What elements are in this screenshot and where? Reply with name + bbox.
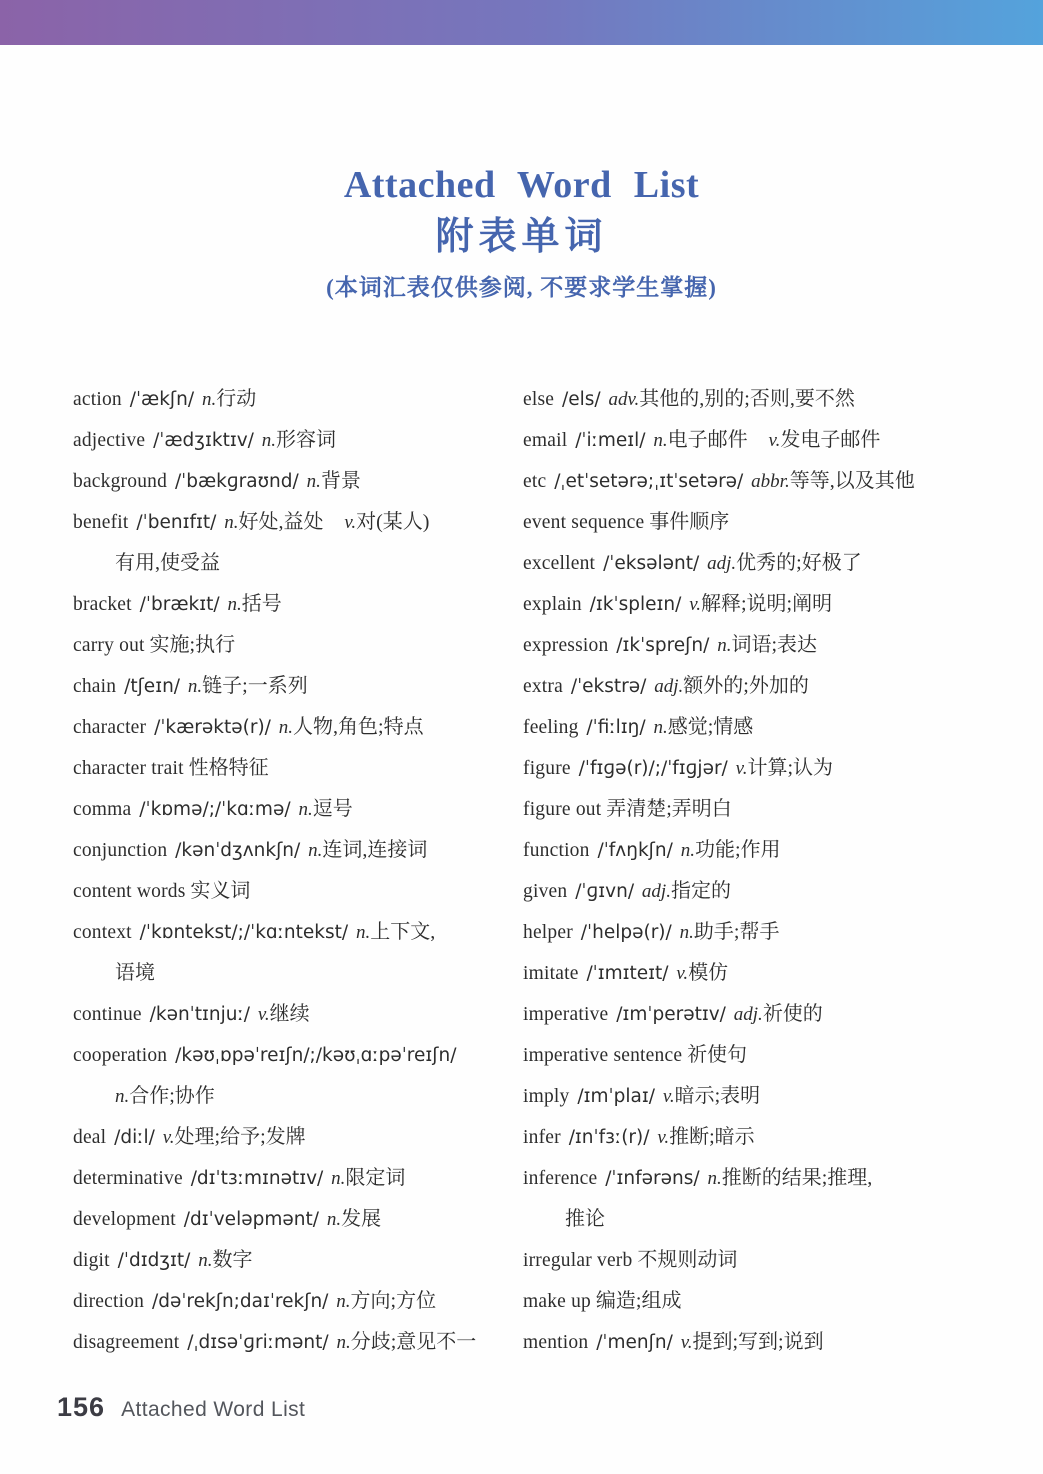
entry-sense: 性格特征	[189, 758, 269, 779]
entry-sense: n.连词,连接词	[308, 840, 427, 861]
footer-section-title: Attached Word List	[121, 1398, 305, 1422]
entry-phonetic: /ˈhelpə(r)/	[581, 922, 672, 943]
entry-phonetic: /ˈbrækɪt/	[140, 594, 220, 615]
definition-text: 祈使的	[763, 1003, 823, 1025]
entry-sense: adj.额外的;外加的	[654, 676, 809, 697]
word-entry: chain /tʃeɪn/ n.链子;一系列	[73, 666, 513, 707]
entry-sense: n.电子邮件	[653, 430, 747, 451]
word-entry: action /ˈækʃn/ n.行动	[73, 379, 513, 420]
part-of-speech-label: n.	[227, 594, 241, 615]
part-of-speech-label: n.	[653, 430, 667, 451]
entry-sense: v.暗示;表明	[663, 1086, 760, 1107]
definition-text: 继续	[270, 1003, 310, 1025]
word-list-column-right: else /els/ adv.其他的,别的;否则,要不然email /ˈiːme…	[523, 379, 1001, 1363]
word-entry: irregular verb 不规则动词	[523, 1240, 1001, 1281]
entry-phonetic: /ˈfɪɡə(r)/;/ˈfɪɡjər/	[579, 758, 728, 779]
part-of-speech-label: adj.	[734, 1004, 763, 1025]
part-of-speech-label: adj.	[707, 553, 736, 574]
definition-text: 括号	[242, 593, 282, 615]
word-entry: make up 编造;组成	[523, 1281, 1001, 1322]
entry-word: benefit	[73, 512, 129, 533]
part-of-speech-label: n.	[331, 1168, 345, 1189]
word-entry: adjective /ˈædʒɪktɪv/ n.形容词	[73, 420, 513, 461]
word-entry: extra /ˈekstrə/ adj.额外的;外加的	[523, 666, 1001, 707]
entry-word: continue	[73, 1004, 142, 1025]
entry-phonetic: /kənˈtɪnjuː/	[150, 1004, 250, 1025]
entry-word: disagreement	[73, 1332, 179, 1353]
entry-sense: n.感觉;情感	[653, 717, 753, 738]
entry-phonetic: /ˈdɪdʒɪt/	[118, 1250, 191, 1271]
word-entry: carry out 实施;执行	[73, 625, 513, 666]
definition-text: 合作;协作	[129, 1085, 215, 1107]
entry-sense: n.逗号	[298, 799, 352, 820]
definition-text: 提到;写到;说到	[692, 1331, 823, 1353]
entry-phonetic: /ˈfiːlɪŋ/	[586, 717, 645, 738]
entry-sense: 祈使句	[687, 1045, 747, 1066]
definition-text: 逗号	[313, 798, 353, 820]
part-of-speech-label: n.	[681, 840, 695, 861]
word-entry: continue /kənˈtɪnjuː/ v.继续	[73, 994, 513, 1035]
entry-phonetic: /ˈekstrə/	[571, 676, 647, 697]
entry-sense: 事件顺序	[649, 512, 729, 533]
definition-text: 实义词	[190, 880, 250, 902]
definition-text: 词语;表达	[731, 634, 817, 656]
word-list-column-left: action /ˈækʃn/ n.行动adjective /ˈædʒɪktɪv/…	[73, 379, 513, 1363]
part-of-speech-label: v.	[681, 1332, 693, 1353]
entry-sense: 弄清楚;弄明白	[606, 799, 732, 820]
entry-phonetic: /dɪˈveləpmənt/	[184, 1209, 319, 1230]
definition-text: 推断;暗示	[669, 1126, 755, 1148]
entry-phonetic: /ˈeksələnt/	[603, 553, 699, 574]
part-of-speech-label: v.	[663, 1086, 675, 1107]
header-banner-gradient	[0, 0, 1043, 45]
entry-sense: 不规则动词	[637, 1250, 737, 1271]
word-entry: imperative /ɪmˈperətɪv/ adj.祈使的	[523, 994, 1001, 1035]
part-of-speech-label: v.	[676, 963, 688, 984]
entry-word: imitate	[523, 963, 579, 984]
definition-text: 实施;执行	[150, 634, 236, 656]
page-footer: 156 Attached Word List	[57, 1392, 305, 1423]
definition-text: 其他的,别的;否则,要不然	[639, 388, 855, 410]
word-entry: imply /ɪmˈplaɪ/ v.暗示;表明	[523, 1076, 1001, 1117]
entry-word: determinative	[73, 1168, 183, 1189]
definition-text: 指定的	[671, 880, 731, 902]
entry-word: cooperation	[73, 1045, 167, 1066]
entry-sense: v.提到;写到;说到	[681, 1332, 824, 1353]
entry-word: mention	[523, 1332, 588, 1353]
entry-sense: adv.其他的,别的;否则,要不然	[609, 389, 855, 410]
entry-word: infer	[523, 1127, 561, 1148]
entry-phonetic: /kəʊˌɒpəˈreɪʃn/;/kəʊˌɑːpəˈreɪʃn/	[175, 1045, 456, 1066]
part-of-speech-label: n.	[653, 717, 667, 738]
entry-phonetic: /ˈækʃn/	[130, 389, 194, 410]
entry-word: imply	[523, 1086, 570, 1107]
definition-text: 好处,益处	[238, 511, 323, 533]
part-of-speech-label: n.	[680, 922, 694, 943]
word-entry: benefit /ˈbenɪfɪt/ n.好处,益处 v.对(某人) 有用,使受…	[73, 502, 513, 584]
page-heading: Attached Word List 附表单词 (本词汇表仅供参阅, 不要求学生…	[0, 163, 1043, 303]
entry-sense: n.行动	[202, 389, 256, 410]
part-of-speech-label: n.	[279, 717, 293, 738]
entry-phonetic: /ˈkɒmə/;/ˈkɑːmə/	[139, 799, 290, 820]
entry-word: imperative sentence	[523, 1045, 682, 1066]
definition-text: 编造;组成	[596, 1290, 682, 1312]
entry-sense: v.继续	[258, 1004, 310, 1025]
entry-sense: n.数字	[198, 1250, 252, 1271]
word-entry: expression /ɪkˈspreʃn/ n.词语;表达	[523, 625, 1001, 666]
word-entry: function /ˈfʌŋkʃn/ n.功能;作用	[523, 830, 1001, 871]
entry-sense: 编造;组成	[596, 1291, 682, 1312]
definition-text: 计算;认为	[747, 757, 833, 779]
word-entry: given /ˈɡɪvn/ adj.指定的	[523, 871, 1001, 912]
definition-text: 模仿	[688, 962, 728, 984]
word-entry: email /ˈiːmeɪl/ n.电子邮件 v.发电子邮件	[523, 420, 1001, 461]
word-entry: development /dɪˈveləpmənt/ n.发展	[73, 1199, 513, 1240]
definition-text: 弄清楚;弄明白	[606, 798, 732, 820]
entry-phonetic: /ˈɪmɪteɪt/	[586, 963, 668, 984]
part-of-speech-label: n.	[115, 1086, 129, 1107]
entry-word: irregular verb	[523, 1250, 632, 1271]
page-title-chinese: 附表单词	[0, 213, 1043, 261]
definition-text: 数字	[213, 1249, 253, 1271]
entry-sense: abbr.等等,以及其他	[751, 471, 915, 492]
entry-phonetic: /ˈkɒntekst/;/ˈkɑːntekst/	[140, 922, 348, 943]
part-of-speech-label: v.	[689, 594, 701, 615]
entry-sense: n.人物,角色;特点	[279, 717, 424, 738]
part-of-speech-label: n.	[356, 922, 370, 943]
word-entry: bracket /ˈbrækɪt/ n.括号	[73, 584, 513, 625]
entry-phonetic: /ˈɪnfərəns/	[605, 1168, 699, 1189]
part-of-speech-label: v.	[344, 512, 356, 533]
entry-phonetic: /ˈbækɡraʊnd/	[175, 471, 299, 492]
entry-phonetic: /ɪnˈfɜː(r)/	[569, 1127, 650, 1148]
entry-phonetic: /els/	[562, 389, 601, 410]
part-of-speech-label: n.	[337, 1332, 351, 1353]
definition-text: 功能;作用	[695, 839, 781, 861]
definition-text: 助手;帮手	[694, 921, 780, 943]
entry-word: expression	[523, 635, 608, 656]
part-of-speech-label: v.	[769, 430, 781, 451]
definition-text: 人物,角色;特点	[293, 716, 424, 738]
entry-phonetic: /ˈiːmeɪl/	[575, 430, 645, 451]
word-entry: imperative sentence 祈使句	[523, 1035, 1001, 1076]
part-of-speech-label: n.	[224, 512, 238, 533]
entry-phonetic: /diːl/	[114, 1127, 155, 1148]
part-of-speech-label: n.	[307, 471, 321, 492]
word-entry: character /ˈkærəktə(r)/ n.人物,角色;特点	[73, 707, 513, 748]
entry-phonetic: /ˈmenʃn/	[596, 1332, 673, 1353]
entry-word: figure out	[523, 799, 601, 820]
part-of-speech-label: v.	[657, 1127, 669, 1148]
definition-text: 祈使句	[687, 1044, 747, 1066]
word-entry: content words 实义词	[73, 871, 513, 912]
definition-text: 感觉;情感	[668, 716, 754, 738]
entry-phonetic: /ˌdɪsəˈɡriːmənt/	[187, 1332, 328, 1353]
definition-text: 链子;一系列	[202, 675, 308, 697]
definition-text: 发展	[341, 1208, 381, 1230]
title-note: (本词汇表仅供参阅, 不要求学生掌握)	[0, 273, 1043, 303]
entry-word: chain	[73, 676, 116, 697]
entry-word: development	[73, 1209, 176, 1230]
entry-word: comma	[73, 799, 131, 820]
part-of-speech-label: adj.	[654, 676, 683, 697]
entry-sense: 实义词	[190, 881, 250, 902]
page-title-english: Attached Word List	[0, 163, 1043, 207]
word-entry: else /els/ adv.其他的,别的;否则,要不然	[523, 379, 1001, 420]
entry-word: adjective	[73, 430, 145, 451]
definition-text: 暗示;表明	[675, 1085, 761, 1107]
entry-sense: n.限定词	[331, 1168, 405, 1189]
entry-word: event sequence	[523, 512, 644, 533]
definition-text: 事件顺序	[649, 511, 729, 533]
entry-sense: adj.指定的	[642, 881, 731, 902]
part-of-speech-label: n.	[717, 635, 731, 656]
entry-phonetic: /kənˈdʒʌnkʃn/	[175, 840, 300, 861]
entry-sense: n.发展	[327, 1209, 381, 1230]
entry-word: content words	[73, 881, 186, 902]
word-entry: conjunction /kənˈdʒʌnkʃn/ n.连词,连接词	[73, 830, 513, 871]
entry-word: action	[73, 389, 122, 410]
entry-sense: v.计算;认为	[736, 758, 833, 779]
entry-sense: adj.优秀的;好极了	[707, 553, 862, 574]
entry-word: context	[73, 922, 132, 943]
definition-text: 不规则动词	[637, 1249, 737, 1271]
entry-word: character trait	[73, 758, 184, 779]
part-of-speech-label: n.	[308, 840, 322, 861]
word-entry: figure /ˈfɪɡə(r)/;/ˈfɪɡjər/ v.计算;认为	[523, 748, 1001, 789]
word-entry: disagreement /ˌdɪsəˈɡriːmənt/ n.分歧;意见不一	[73, 1322, 513, 1363]
entry-word: bracket	[73, 594, 132, 615]
part-of-speech-label: v.	[736, 758, 748, 779]
definition-text: 分歧;意见不一	[351, 1331, 477, 1353]
part-of-speech-label: n.	[707, 1168, 721, 1189]
entry-word: figure	[523, 758, 571, 779]
word-entry: determinative /dɪˈtɜːmɪnətɪv/ n.限定词	[73, 1158, 513, 1199]
entry-word: digit	[73, 1250, 110, 1271]
entry-phonetic: /dəˈrekʃn;daɪˈrekʃn/	[152, 1291, 328, 1312]
word-entry: figure out 弄清楚;弄明白	[523, 789, 1001, 830]
entry-phonetic: /ˈædʒɪktɪv/	[153, 430, 254, 451]
part-of-speech-label: n.	[298, 799, 312, 820]
definition-text: 解释;说明;阐明	[701, 593, 832, 615]
entry-word: direction	[73, 1291, 144, 1312]
word-list: action /ˈækʃn/ n.行动adjective /ˈædʒɪktɪv/…	[73, 379, 1043, 1363]
definition-text: 电子邮件	[668, 429, 748, 451]
entry-sense: v.模仿	[676, 963, 728, 984]
entry-sense: v.处理;给予;发牌	[163, 1127, 306, 1148]
entry-word: email	[523, 430, 567, 451]
word-entry: digit /ˈdɪdʒɪt/ n.数字	[73, 1240, 513, 1281]
definition-text: 行动	[216, 388, 256, 410]
definition-text: 限定词	[345, 1167, 405, 1189]
part-of-speech-label: adj.	[642, 881, 671, 902]
entry-phonetic: /ɪmˈperətɪv/	[616, 1004, 726, 1025]
entry-word: given	[523, 881, 567, 902]
word-entry: event sequence 事件顺序	[523, 502, 1001, 543]
definition-text: 性格特征	[189, 757, 269, 779]
entry-word: helper	[523, 922, 573, 943]
entry-phonetic: /dɪˈtɜːmɪnətɪv/	[191, 1168, 324, 1189]
word-entry: excellent /ˈeksələnt/ adj.优秀的;好极了	[523, 543, 1001, 584]
word-entry: deal /diːl/ v.处理;给予;发牌	[73, 1117, 513, 1158]
entry-sense: n.助手;帮手	[680, 922, 780, 943]
definition-text: 处理;给予;发牌	[175, 1126, 306, 1148]
definition-text: 等等,以及其他	[790, 470, 915, 492]
entry-phonetic: /ɪkˈspleɪn/	[590, 594, 682, 615]
definition-text: 方向;方位	[351, 1290, 437, 1312]
word-entry: imitate /ˈɪmɪteɪt/ v.模仿	[523, 953, 1001, 994]
word-entry: comma /ˈkɒmə/;/ˈkɑːmə/ n.逗号	[73, 789, 513, 830]
entry-sense: n.分歧;意见不一	[337, 1332, 477, 1353]
part-of-speech-label: adv.	[609, 389, 640, 410]
word-entry: mention /ˈmenʃn/ v.提到;写到;说到	[523, 1322, 1001, 1363]
entry-word: inference	[523, 1168, 597, 1189]
word-entry: background /ˈbækɡraʊnd/ n.背景	[73, 461, 513, 502]
entry-word: make up	[523, 1291, 591, 1312]
entry-sense: n.方向;方位	[336, 1291, 436, 1312]
part-of-speech-label: n.	[188, 676, 202, 697]
entry-sense: n.词语;表达	[717, 635, 817, 656]
word-entry: character trait 性格特征	[73, 748, 513, 789]
entry-word: etc	[523, 471, 546, 492]
part-of-speech-label: n.	[202, 389, 216, 410]
entry-phonetic: /ˈbenɪfɪt/	[136, 512, 216, 533]
entry-word: extra	[523, 676, 563, 697]
entry-phonetic: /ˈkærəktə(r)/	[154, 717, 271, 738]
entry-word: conjunction	[73, 840, 167, 861]
definition-text: 额外的;外加的	[683, 675, 809, 697]
definition-text: 形容词	[276, 429, 336, 451]
word-entry: cooperation /kəʊˌɒpəˈreɪʃn/;/kəʊˌɑːpəˈre…	[73, 1035, 513, 1117]
part-of-speech-label: n.	[336, 1291, 350, 1312]
entry-sense: n.形容词	[262, 430, 336, 451]
word-entry: etc /ˌetˈsetərə;ˌɪtˈsetərə/ abbr.等等,以及其他	[523, 461, 1001, 502]
entry-word: excellent	[523, 553, 595, 574]
entry-sense: n.链子;一系列	[188, 676, 308, 697]
entry-phonetic: /ˌetˈsetərə;ˌɪtˈsetərə/	[554, 471, 743, 492]
page-number: 156	[57, 1392, 105, 1423]
entry-sense: v.发电子邮件	[769, 430, 881, 451]
definition-text: 优秀的;好极了	[736, 552, 862, 574]
entry-sense: 实施;执行	[150, 635, 236, 656]
entry-sense: n.好处,益处	[224, 512, 323, 533]
word-entry: direction /dəˈrekʃn;daɪˈrekʃn/ n.方向;方位	[73, 1281, 513, 1322]
entry-word: background	[73, 471, 167, 492]
part-of-speech-label: n.	[198, 1250, 212, 1271]
part-of-speech-label: abbr.	[751, 471, 790, 492]
entry-sense: v.解释;说明;阐明	[689, 594, 832, 615]
entry-sense: v.推断;暗示	[657, 1127, 754, 1148]
definition-text: 背景	[321, 470, 361, 492]
definition-text: 发电子邮件	[780, 429, 880, 451]
word-entry: explain /ɪkˈspleɪn/ v.解释;说明;阐明	[523, 584, 1001, 625]
word-entry: helper /ˈhelpə(r)/ n.助手;帮手	[523, 912, 1001, 953]
entry-word: function	[523, 840, 590, 861]
entry-phonetic: /tʃeɪn/	[124, 676, 180, 697]
word-entry: context /ˈkɒntekst/;/ˈkɑːntekst/ n.上下文, …	[73, 912, 513, 994]
entry-word: character	[73, 717, 146, 738]
entry-word: deal	[73, 1127, 106, 1148]
word-entry: feeling /ˈfiːlɪŋ/ n.感觉;情感	[523, 707, 1001, 748]
entry-word: carry out	[73, 635, 145, 656]
part-of-speech-label: n.	[327, 1209, 341, 1230]
entry-phonetic: /ˈfʌŋkʃn/	[597, 840, 672, 861]
entry-word: imperative	[523, 1004, 608, 1025]
word-entry: inference /ˈɪnfərəns/ n.推断的结果;推理, 推论	[523, 1158, 1001, 1240]
entry-sense: n.括号	[227, 594, 281, 615]
entry-phonetic: /ɪmˈplaɪ/	[577, 1086, 655, 1107]
entry-sense: n.合作;协作	[115, 1086, 215, 1107]
entry-word: explain	[523, 594, 582, 615]
part-of-speech-label: n.	[262, 430, 276, 451]
word-entry: infer /ɪnˈfɜː(r)/ v.推断;暗示	[523, 1117, 1001, 1158]
entry-word: else	[523, 389, 554, 410]
entry-phonetic: /ˈɡɪvn/	[575, 881, 634, 902]
definition-text: 连词,连接词	[322, 839, 427, 861]
entry-phonetic: /ɪkˈspreʃn/	[616, 635, 709, 656]
entry-sense: n.背景	[307, 471, 361, 492]
entry-sense: adj.祈使的	[734, 1004, 823, 1025]
entry-sense: n.功能;作用	[681, 840, 781, 861]
part-of-speech-label: v.	[163, 1127, 175, 1148]
part-of-speech-label: v.	[258, 1004, 270, 1025]
entry-word: feeling	[523, 717, 579, 738]
